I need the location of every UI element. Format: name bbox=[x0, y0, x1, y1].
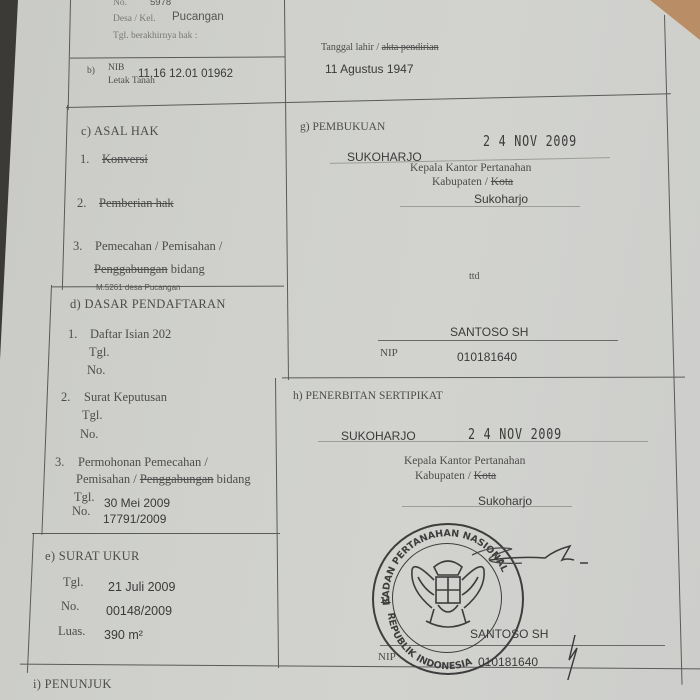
bidang-text: bidang bbox=[168, 262, 205, 276]
surat-ukur-date: 21 Juli 2009 bbox=[108, 580, 175, 594]
dasar-item-3-num: 3. bbox=[55, 455, 64, 470]
dasar-item-1-num: 1. bbox=[68, 327, 77, 342]
kota-struck: Kota bbox=[474, 470, 496, 482]
section-e-title: e) SURAT UKUR bbox=[45, 549, 140, 564]
pembukuan-office-line2: Kabupaten / Kota bbox=[432, 176, 513, 188]
dasar-item-3-no: No. bbox=[72, 504, 90, 519]
no-value: 5978 bbox=[150, 0, 171, 8]
pembukuan-nip: 010181640 bbox=[457, 350, 517, 364]
asal-hak-note: M.5261 desa Pucangan bbox=[96, 283, 181, 292]
penggabungan-struck: Penggabungan bbox=[94, 262, 168, 276]
pembukuan-date-stamp: 2 4 NOV 2009 bbox=[483, 132, 577, 150]
penerbitan-city: Sukoharjo bbox=[478, 494, 532, 508]
section-i-title: i) PENUNJUK bbox=[33, 677, 112, 692]
birth-date: 11 Agustus 1947 bbox=[325, 62, 414, 76]
kota-struck: Kota bbox=[491, 176, 513, 188]
penerbitan-place: SUKOHARJO bbox=[341, 429, 416, 443]
asal-hak-item-1-num: 1. bbox=[80, 152, 89, 167]
handwritten-signature-icon bbox=[490, 540, 610, 680]
luas-value: 390 m² bbox=[104, 628, 143, 642]
svg-text:REPUBLIK INDONESIA: REPUBLIK INDONESIA bbox=[385, 612, 474, 672]
birth-label: Tanggal lahir / akta pendirian bbox=[321, 42, 439, 53]
dasar-item-3-line2: Pemisahan / Penggabungan bidang bbox=[76, 472, 251, 487]
dasar-item-2-num: 2. bbox=[61, 390, 70, 405]
ttd-text: ttd bbox=[469, 271, 480, 282]
kabupaten-text: Kabupaten / bbox=[415, 470, 474, 482]
city-line bbox=[400, 206, 580, 207]
surat-ukur-no-label: No. bbox=[61, 599, 79, 614]
dasar-item-1-no: No. bbox=[87, 363, 105, 378]
pembukuan-official-name: SANTOSO SH bbox=[450, 325, 528, 339]
pembukuan-nip-label: NIP bbox=[380, 347, 398, 359]
asal-hak-item-3-line2: Penggabungan bidang bbox=[94, 262, 205, 277]
birth-label-text: Tanggal lahir / bbox=[321, 42, 382, 53]
penerbitan-date-stamp: 2 4 NOV 2009 bbox=[468, 425, 562, 443]
kabupaten-text: Kabupaten / bbox=[432, 176, 491, 188]
luas-label: Luas. bbox=[58, 624, 85, 639]
surat-ukur-tgl-label: Tgl. bbox=[63, 575, 83, 590]
penerbitan-office-line2: Kabupaten / Kota bbox=[415, 470, 496, 482]
stamp-bottom-text: REPUBLIK INDONESIA bbox=[385, 612, 474, 672]
pembukuan-city: Sukoharjo bbox=[474, 192, 528, 206]
nib-label: NIB bbox=[108, 63, 124, 73]
section-b-marker: b) bbox=[87, 66, 95, 76]
signature-line bbox=[378, 340, 618, 341]
section-d-title: d) DASAR PENDAFTARAN bbox=[70, 297, 226, 312]
dasar-item-2-no: No. bbox=[80, 427, 98, 442]
birth-label-struck: akta pendirian bbox=[382, 42, 439, 53]
asal-hak-item-3-num: 3. bbox=[73, 239, 82, 254]
permohonan-date: 30 Mei 2009 bbox=[104, 496, 170, 510]
section-c-title: c) ASAL HAK bbox=[81, 124, 159, 139]
tgl-berakhir-label: Tgl. berakhirnya hak : bbox=[113, 31, 197, 41]
desa-value: Pucangan bbox=[172, 11, 224, 23]
pemisahan-text: Pemisahan / bbox=[76, 472, 140, 486]
dasar-item-2: Surat Keputusan bbox=[84, 390, 167, 405]
stamp-number: 11 bbox=[380, 596, 392, 605]
asal-hak-item-2: Pemberian hak bbox=[99, 196, 174, 211]
row-divider-5 bbox=[32, 533, 280, 534]
dasar-item-3-line1: Permohonan Pemecahan / bbox=[78, 455, 208, 470]
no-label: No. bbox=[113, 0, 127, 8]
penggabungan-struck: Penggabungan bbox=[140, 472, 214, 486]
penerbitan-office-line1: Kepala Kantor Pertanahan bbox=[404, 455, 525, 467]
dasar-item-1: Daftar Isian 202 bbox=[90, 327, 171, 342]
dasar-item-2-tgl: Tgl. bbox=[82, 408, 102, 423]
section-g-title: g) PEMBUKUAN bbox=[300, 121, 385, 133]
dasar-item-3-tgl: Tgl. bbox=[74, 490, 94, 505]
surat-ukur-number: 00148/2009 bbox=[106, 604, 172, 618]
bidang-text: bidang bbox=[214, 472, 251, 486]
asal-hak-item-2-num: 2. bbox=[77, 196, 86, 211]
desa-label: Desa / Kel. bbox=[113, 14, 155, 24]
asal-hak-item-3: Pemecahan / Pemisahan / bbox=[95, 239, 222, 254]
section-h-title: h) PENERBITAN SERTIPIKAT bbox=[293, 390, 443, 402]
dasar-item-1-tgl: Tgl. bbox=[89, 345, 109, 360]
asal-hak-item-1: Konversi bbox=[102, 152, 148, 167]
pembukuan-office-line1: Kepala Kantor Pertanahan bbox=[410, 162, 531, 174]
nib-value: 11.16 12.01 01962 bbox=[138, 68, 233, 80]
permohonan-number: 17791/2009 bbox=[103, 512, 166, 526]
